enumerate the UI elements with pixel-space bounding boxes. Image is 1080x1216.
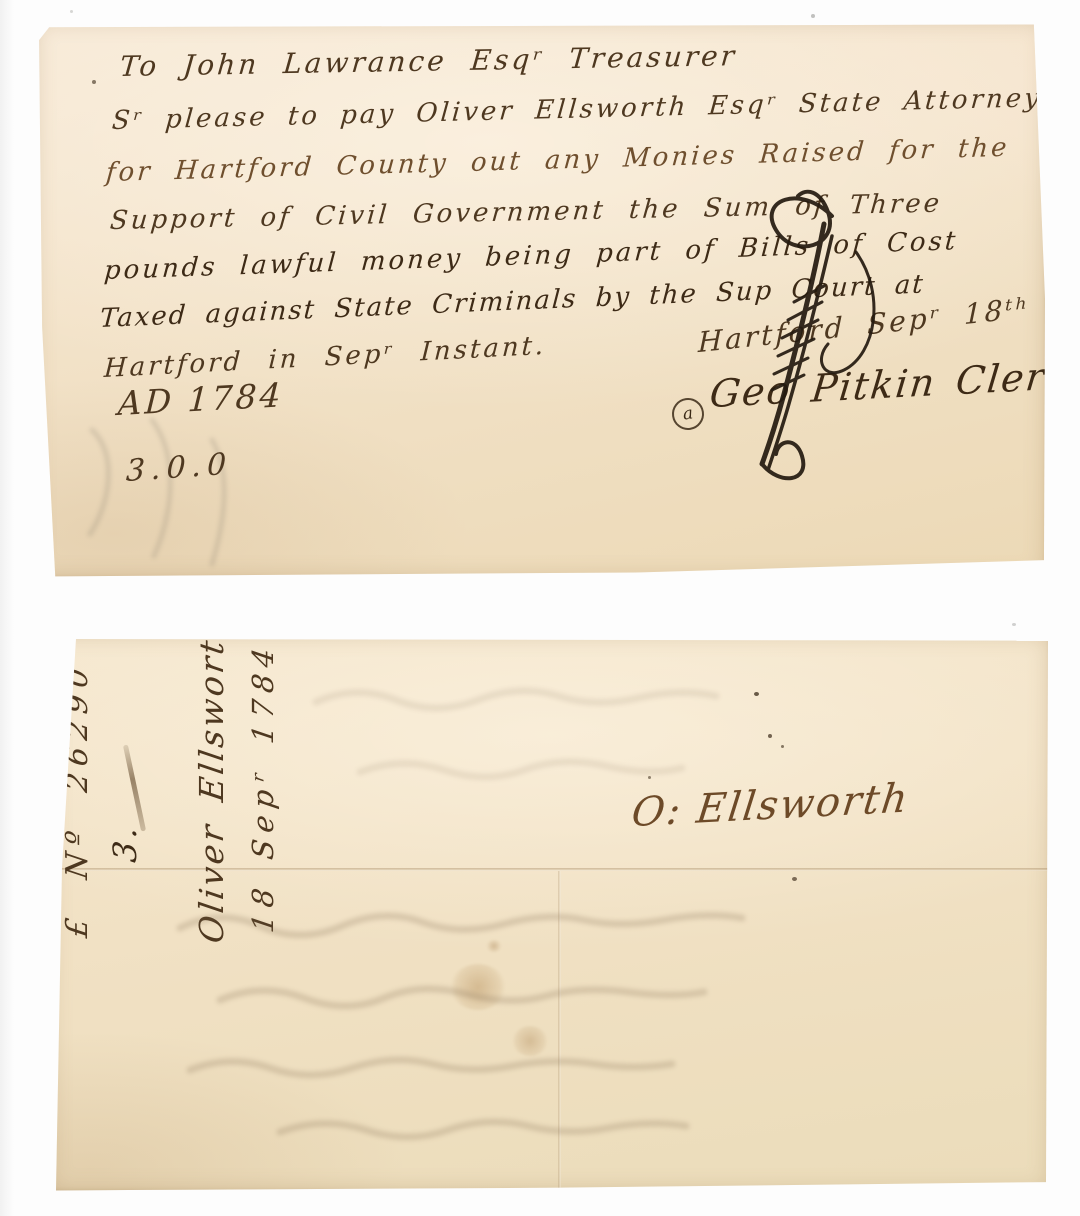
paraph-mark: a [670,396,706,432]
docket-amount-rotated: 3. [106,820,144,864]
amount-figure: 3.0.0 [125,446,232,489]
ink-speck [792,877,797,881]
docket-number-rotated: £ Nº 26290 [60,659,95,940]
front-document: To John Lawrance Esqʳ Treasurer Sʳ pleas… [34,20,1046,578]
dust-speck [811,14,815,18]
overstrike-signature-flourish [734,182,894,512]
bleedthrough-ghost [160,884,980,1184]
body-line: Hartford in Sepʳ Instant. [103,331,547,384]
ink-speck [92,80,96,84]
dust-speck [1012,623,1016,626]
salutation-line: To John Lawrance Esqʳ Treasurer [119,39,739,83]
back-document: £ Nº 26290 3. Oliver Ellsworth 18 Sepʳ 1… [50,634,1050,1191]
body-line: for Hartford County out any Monies Raise… [105,133,1011,188]
docket-stroke [123,744,146,831]
ghost-marks [60,412,310,582]
scan-background: To John Lawrance Esqʳ Treasurer Sʳ pleas… [0,0,1080,1216]
body-line: Sʳ please to pay Oliver Ellsworth Esqʳ S… [111,83,1043,136]
bleedthrough-ghost [300,662,820,822]
paraph-letter: a [682,403,695,424]
dust-speck [70,10,73,13]
